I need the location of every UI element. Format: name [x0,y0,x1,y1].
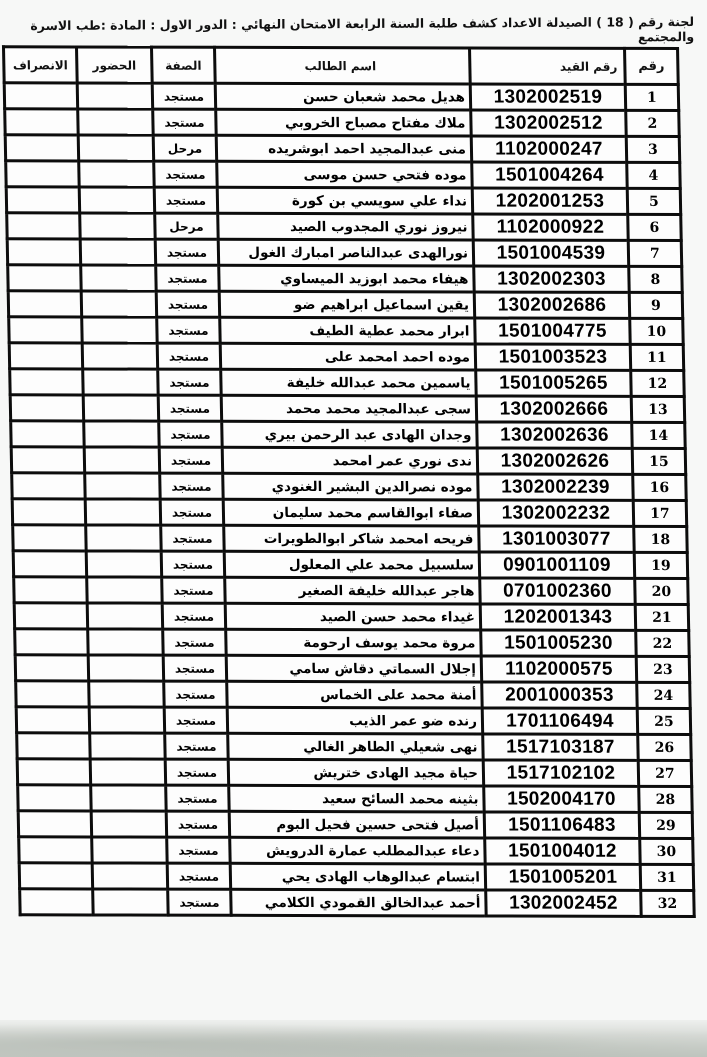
student-status: مستجد [154,161,218,187]
departure-cell [14,603,88,629]
row-number: 15 [632,448,686,474]
student-name: حياة مجيد الهادى ختريش [228,759,484,786]
table-row: 51202001253نداء علي سويسي بن كورةمستجد [6,187,681,215]
registration-id: 1102000247 [471,136,627,162]
student-status: مستجد [158,369,222,395]
student-status: مستجد [161,551,225,577]
student-status: مستجد [163,655,227,681]
header-number: رقم [625,48,679,84]
registration-id: 1302002452 [486,890,642,916]
departure-cell [9,317,83,343]
attendance-cell [82,343,158,369]
table-row: 251701106494رنده ضو عمر الذيبمستجد [16,707,691,735]
departure-cell [19,837,93,863]
student-name: ابتسام عبدالوهاب الهادى يحي [230,863,486,890]
table-row: 111501003523موده احمد امحمد علىمستجد [9,343,684,371]
row-number: 22 [636,630,690,656]
registration-id: 1302002512 [471,110,627,136]
row-number: 6 [628,214,682,240]
row-number: 26 [638,734,692,760]
student-name: نيروز نوري المجدوب الصيد [218,213,474,240]
table-row: 101501004775ابرار محمد عطية الطيفمستجد [9,317,684,345]
table-row: 311501005201ابتسام عبدالوهاب الهادى يحيم… [19,863,694,891]
attendance-cell [78,135,154,161]
attendance-cell [91,811,167,837]
table-row: 200701002360هاجر عبدالله خليفة الصغيرمست… [14,577,689,605]
attendance-cell [93,889,169,915]
row-number: 7 [628,240,682,266]
table-body: 11302002519هديل محمد شعبان حسنمستجد21302… [4,83,694,917]
student-name: صفاء ابوالقاسم محمد سليمان [223,499,479,526]
student-status: مستجد [168,889,232,915]
registration-id: 1501106483 [484,812,640,838]
row-number: 5 [627,188,681,214]
attendance-cell [92,837,168,863]
student-status: مرحل [155,213,219,239]
row-number: 25 [637,708,691,734]
registration-id: 1302002686 [474,292,630,318]
row-number: 23 [636,656,690,682]
registration-id: 1501004012 [485,838,641,864]
attendance-cell [88,655,164,681]
registration-id: 1701106494 [482,708,638,734]
departure-cell [15,629,89,655]
table-row: 121501005265ياسمين محمد عبدالله خليفةمست… [10,369,685,397]
student-name: مروة محمد يوسف ارحومة [226,629,482,656]
row-number: 11 [630,344,684,370]
table-row: 91302002686يقين اسماعيل ابراهيم ضومستجد [8,291,683,319]
row-number: 8 [629,266,683,292]
student-status: مستجد [159,447,223,473]
header-status: الصفة [152,47,216,83]
table-row: 151302002626ندى نوري عمر امحمدمستجد [11,447,686,475]
departure-cell [18,811,92,837]
student-status: مستجد [166,785,230,811]
table-row: 31102000247منى عبدالمجيد احمد ابوشريدهمر… [5,135,680,163]
registration-id: 1501004775 [475,318,631,344]
attendance-cell [92,863,168,889]
departure-cell [7,239,81,265]
registration-id: 1517103187 [483,734,639,760]
departure-cell [6,187,80,213]
student-name: هيفاء محمد ابوزيد الميساوي [219,265,475,292]
departure-cell [4,83,78,109]
registration-id: 1501005201 [485,864,641,890]
departure-cell [12,473,86,499]
student-status: مستجد [162,603,226,629]
departure-cell [18,785,92,811]
attendance-cell [87,577,163,603]
departure-cell [20,889,94,915]
departure-cell [11,447,85,473]
student-status: مستجد [155,239,219,265]
student-status: مستجد [159,421,223,447]
table-row: 211202001343غيداء محمد حسن الصيدمستجد [14,603,689,631]
header-attendance: الحضور [76,47,152,83]
attendance-cell [81,265,157,291]
attendance-cell [83,369,159,395]
registration-id: 1501004539 [473,240,629,266]
table-row: 231102000575إجلال السماتي دقاش ساميمستجد [15,655,690,683]
departure-cell [10,395,84,421]
student-status: مستجد [166,811,230,837]
student-name: ندى نوري عمر امحمد [222,447,478,474]
departure-cell [7,213,81,239]
departure-cell [13,551,87,577]
row-number: 20 [635,578,689,604]
header-registration-id: رقم القيد [470,48,626,84]
table-row: 171302002232صفاء ابوالقاسم محمد سليمانمس… [12,499,687,527]
student-name: ابرار محمد عطية الطيف [220,317,476,344]
departure-cell [6,161,80,187]
attendance-cell [82,317,158,343]
registration-id: 1302002666 [476,396,632,422]
attendance-cell [78,109,154,135]
student-name: أحمد عبدالخالق القمودي الكلامي [231,889,487,916]
table-row: 81302002303هيفاء محمد ابوزيد الميساويمست… [8,265,683,293]
row-number: 28 [639,786,693,812]
attendance-cell [80,213,156,239]
attendance-cell [86,551,162,577]
departure-cell [16,707,90,733]
attendance-sheet: رقم رقم القيد اسم الطالب الصفة الحضور ال… [2,45,687,918]
row-number: 19 [634,552,688,578]
departure-cell [17,733,91,759]
student-status: مستجد [167,837,231,863]
departure-cell [10,369,84,395]
student-name: موده احمد امحمد على [220,343,476,370]
header-student-name: اسم الطالب [215,47,471,84]
attendance-cell [79,187,155,213]
table-row: 291501106483أصيل فتحى حسين فحيل البوممست… [18,811,693,839]
row-number: 13 [631,396,685,422]
student-status: مستجد [156,265,220,291]
student-status: مرحل [153,135,217,161]
student-name: سجى عبدالمجيد محمد محمد [221,395,477,422]
table-row: 301501004012دعاء عبدالمطلب عمارة الدرويش… [19,837,694,865]
departure-cell [17,759,91,785]
student-name: ياسمين محمد عبدالله خليفة [221,369,477,396]
table-header-row: رقم رقم القيد اسم الطالب الصفة الحضور ال… [3,47,678,85]
registration-id: 1502004170 [484,786,640,812]
attendance-cell [89,707,165,733]
student-name: ملاك مفتاح مصباح الخروبي [216,109,472,136]
attendance-cell [85,499,161,525]
student-name: يقين اسماعيل ابراهيم ضو [219,291,475,318]
student-name: أصيل فتحى حسين فحيل البوم [229,811,485,838]
table-row: 242001000353أمنة محمد على الخماسمستجد [16,681,691,709]
table-row: 261517103187نهى شعيلي الطاهر الغاليمستجد [17,733,692,761]
registration-id: 1301003077 [479,526,635,552]
document-title: لجنة رقم ( 18 ) الصيدلة الاعداد كشف طلبة… [4,14,694,48]
departure-cell [8,265,82,291]
student-status: مستجد [154,187,218,213]
table-row: 131302002666سجى عبدالمجيد محمد محمدمستجد [10,395,685,423]
student-status: مستجد [167,863,231,889]
attendance-cell [85,473,161,499]
departure-cell [14,577,88,603]
registration-id: 1302002303 [474,266,630,292]
departure-cell [9,343,83,369]
table-row: 181301003077فريحه امحمد شاكر ابوالطويرات… [13,525,688,553]
attendance-cell [90,759,166,785]
student-status: مستجد [163,629,227,655]
row-number: 24 [637,682,691,708]
departure-cell [16,681,90,707]
table-row: 11302002519هديل محمد شعبان حسنمستجد [4,83,679,111]
registration-id: 2001000353 [482,682,638,708]
row-number: 1 [625,84,679,110]
header-departure: الانصراف [3,47,77,83]
row-number: 32 [641,890,695,916]
student-name: غيداء محمد حسن الصيد [225,603,481,630]
student-status: مستجد [162,577,226,603]
attendance-cell [90,733,166,759]
registration-id: 1102000575 [481,656,637,682]
registration-id: 1302002636 [477,422,633,448]
student-name: منى عبدالمجيد احمد ابوشريده [216,135,472,162]
departure-cell [5,135,79,161]
student-status: مستجد [157,343,221,369]
table-row: 141302002636وجدان الهادى عبد الرحمن بيري… [11,421,686,449]
registration-id: 1202001343 [480,604,636,630]
table-row: 61102000922نيروز نوري المجدوب الصيدمرحل [7,213,682,241]
student-name: نهى شعيلي الطاهر الغالي [228,733,484,760]
student-name: فريحه امحمد شاكر ابوالطويرات [224,525,480,552]
departure-cell [11,421,85,447]
attendance-cell [86,525,162,551]
attendance-cell [80,239,156,265]
row-number: 31 [640,864,694,890]
table-row: 41501004264موده فتحي حسن موسىمستجد [6,161,681,189]
student-name: سلسبيل محمد علي المعلول [224,551,480,578]
student-status: مستجد [165,759,229,785]
row-number: 10 [630,318,684,344]
registration-id: 1517102102 [483,760,639,786]
row-number: 14 [632,422,686,448]
student-status: مستجد [158,395,222,421]
student-name: أمنة محمد على الخماس [227,681,483,708]
student-status: مستجد [164,707,228,733]
departure-cell [8,291,82,317]
student-status: مستجد [165,733,229,759]
attendance-cell [81,291,157,317]
student-name: موده فتحي حسن موسى [217,161,473,188]
table-row: 281502004170بثينه محمد السائح سعيدمستجد [18,785,693,813]
attendance-cell [79,161,155,187]
registration-id: 1102000922 [473,214,629,240]
registration-id: 1501005265 [476,370,632,396]
student-name: إجلال السماتي دقاش سامي [226,655,482,682]
student-status: مستجد [161,525,225,551]
departure-cell [19,863,93,889]
registration-id: 1302002232 [478,500,634,526]
registration-id: 1501005230 [481,630,637,656]
row-number: 18 [634,526,688,552]
table-row: 71501004539نورالهدى عبدالناصر امبارك الغ… [7,239,682,267]
table-row: 321302002452أحمد عبدالخالق القمودي الكلا… [20,889,695,917]
table-row: 190901001109سلسبيل محمد علي المعلولمستجد [13,551,688,579]
row-number: 17 [633,500,687,526]
student-status: مستجد [156,291,220,317]
registration-id: 1302002239 [478,474,634,500]
table-row: 21302002512ملاك مفتاح مصباح الخروبيمستجد [5,109,680,137]
departure-cell [5,109,79,135]
student-name: بثينه محمد السائح سعيد [229,785,485,812]
student-status: مستجد [157,317,221,343]
registration-id: 0901001109 [479,552,635,578]
paper-background [0,1020,707,1057]
attendance-cell [91,785,167,811]
student-status: مستجد [152,83,216,109]
student-status: مستجد [160,499,224,525]
attendance-cell [89,681,165,707]
attendance-cell [77,83,153,109]
registration-id: 1302002626 [477,448,633,474]
table-row: 221501005230مروة محمد يوسف ارحومةمستجد [15,629,690,657]
student-name: وجدان الهادى عبد الرحمن بيري [222,421,478,448]
student-status: مستجد [164,681,228,707]
row-number: 4 [627,162,681,188]
student-status: مستجد [160,473,224,499]
student-name: هاجر عبدالله خليفة الصغير [225,577,481,604]
attendance-cell [88,629,164,655]
row-number: 27 [638,760,692,786]
student-name: دعاء عبدالمطلب عمارة الدرويش [230,837,486,864]
registration-id: 1202001253 [472,188,628,214]
row-number: 3 [626,136,680,162]
student-name: نداء علي سويسي بن كورة [217,187,473,214]
row-number: 29 [639,812,693,838]
row-number: 2 [626,110,680,136]
row-number: 16 [633,474,687,500]
student-name: رنده ضو عمر الذيب [227,707,483,734]
attendance-cell [84,447,160,473]
registration-id: 1501004264 [472,162,628,188]
row-number: 12 [631,370,685,396]
attendance-cell [83,395,159,421]
departure-cell [15,655,89,681]
registration-id: 1302002519 [470,84,626,110]
student-name: نورالهدى عبدالناصر امبارك الغول [218,239,474,266]
row-number: 9 [629,292,683,318]
departure-cell [13,525,87,551]
table-row: 161302002239موده نصرالدين البشير الغنودي… [12,473,687,501]
row-number: 21 [635,604,689,630]
student-name: موده نصرالدين البشير الغنودي [223,473,479,500]
attendance-cell [87,603,163,629]
student-table: رقم رقم القيد اسم الطالب الصفة الحضور ال… [2,45,696,918]
registration-id: 0701002360 [480,578,636,604]
departure-cell [12,499,86,525]
registration-id: 1501003523 [475,344,631,370]
row-number: 30 [640,838,694,864]
student-status: مستجد [153,109,217,135]
student-name: هديل محمد شعبان حسن [215,83,471,110]
table-row: 271517102102حياة مجيد الهادى ختريشمستجد [17,759,692,787]
attendance-cell [84,421,160,447]
